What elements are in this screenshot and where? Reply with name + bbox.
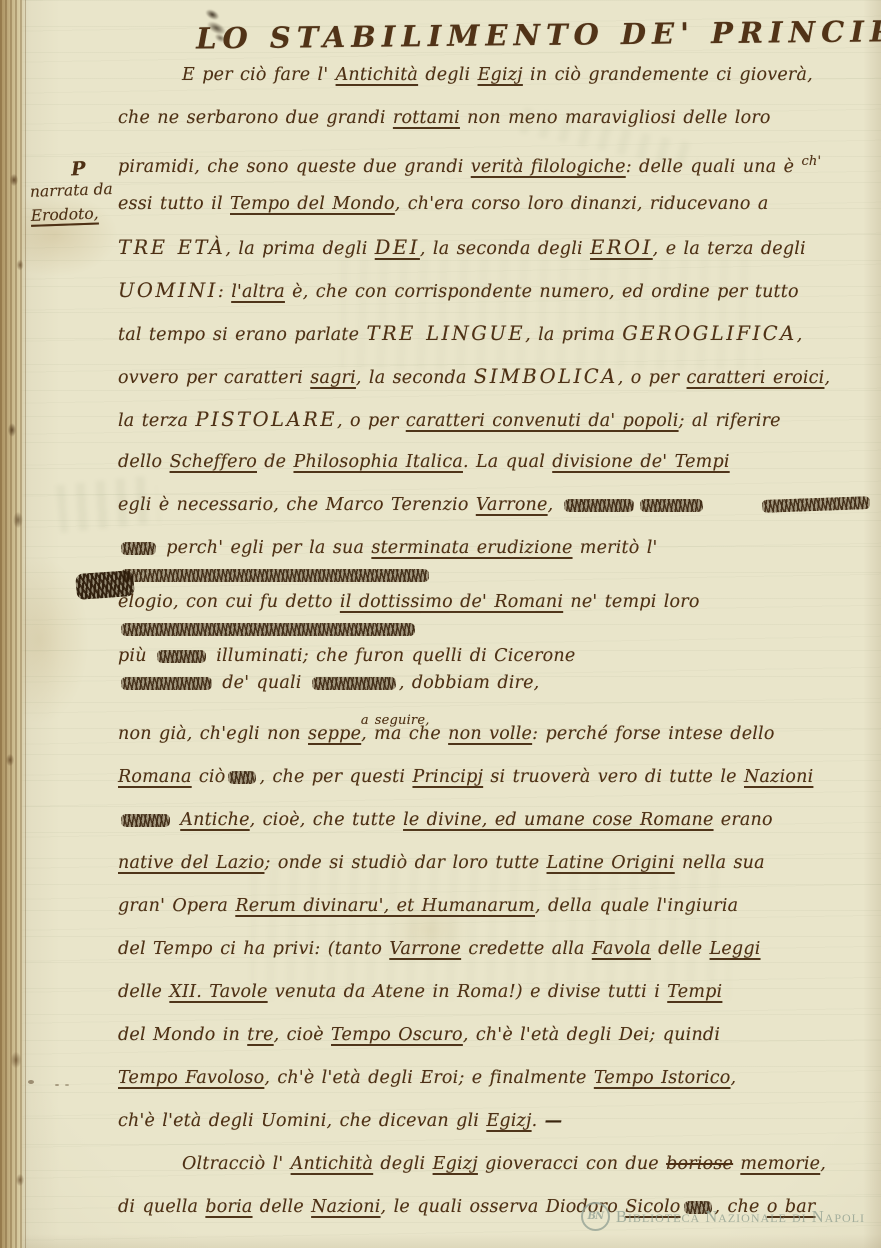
text-segment: nella sua — [675, 853, 765, 873]
text-segment: divisione de' Tempi — [552, 452, 729, 472]
text-segment: , della quale l'ingiuria — [535, 896, 738, 916]
text-segment: seppe — [308, 724, 361, 744]
manuscript-line: Romana ciò, che per questi Principj si t… — [118, 764, 867, 791]
text-segment: rottami — [393, 108, 460, 128]
text-segment: più — [118, 646, 154, 666]
text-segment: Nazioni — [744, 767, 813, 787]
manuscript-line: egli è necessario, che Marco Terenzio Va… — [118, 492, 867, 519]
manuscript-line: che ne serbarono due grandi rottami non … — [118, 105, 867, 132]
manuscript-line: native del Lazio; onde si studiò dar lor… — [118, 850, 867, 877]
manuscript-line — [118, 562, 867, 589]
text-segment: , ch'era corso loro dinanzi, riducevano … — [395, 194, 769, 214]
text-segment: Antichità — [336, 65, 418, 85]
text-segment: non meno maravigliosi delle loro — [460, 108, 771, 128]
text-segment: si truoverà vero di tutte le — [483, 767, 744, 787]
text-segment: , la prima degli — [225, 239, 374, 259]
text-segment: native del Lazio — [118, 853, 264, 873]
scribble-strikeout — [121, 677, 212, 690]
text-segment: : perché forse intese dello — [532, 724, 775, 744]
margin-note-line1: narrata da — [30, 180, 113, 201]
text-segment: meritò l' — [573, 538, 658, 558]
text-segment: , — [548, 495, 561, 515]
text-segment: Tempo Istorico — [594, 1068, 731, 1088]
text-segment: TRE LINGUE — [366, 322, 525, 345]
text-segment: Tempo Oscuro — [331, 1025, 463, 1045]
text-segment: la terza — [118, 411, 195, 431]
text-segment: EROI — [590, 236, 653, 259]
text-segment: , che per questi — [259, 767, 412, 787]
text-segment: Tempo Favoloso — [118, 1068, 264, 1088]
text-segment: è, che con corrispondente numero, ed ord… — [285, 282, 799, 302]
text-segment: del Mondo in — [118, 1025, 247, 1045]
text-segment: verità filologiche — [471, 157, 626, 177]
text-segment: , — [824, 368, 830, 388]
text-segment: non volle — [448, 724, 532, 744]
text-segment: perch' egli per la sua — [159, 538, 371, 558]
text-segment: tre — [247, 1025, 273, 1045]
text-segment: Scheffero — [170, 452, 257, 472]
scribble-strikeout — [228, 771, 256, 784]
manuscript-line: dello Scheffero de Philosophia Italica. … — [118, 449, 867, 476]
text-segment: che ne serbarono due grandi — [118, 108, 393, 128]
manuscript-page: LO STABILIMENTO DE' PRINCIPI. P narrata … — [0, 0, 881, 1248]
margin-note-line2: Erodoto, — [30, 204, 98, 224]
text-segment: : delle quali una è — [626, 157, 802, 177]
text-segment: erano — [714, 810, 773, 830]
manuscript-line: E per ciò fare l' Antichità degli Egizj … — [118, 62, 867, 89]
text-segment: il dottissimo de' Romani — [340, 592, 563, 612]
scribble-strikeout — [564, 499, 634, 512]
library-logo-icon: BN — [581, 1202, 610, 1231]
text-segment: le divine, ed umane cose Romane — [403, 810, 713, 830]
text-segment: , cioè — [274, 1025, 331, 1045]
text-segment: . La qual — [463, 452, 552, 472]
manuscript-line: piramidi, che sono queste due grandi ver… — [118, 148, 867, 175]
text-segment: Egizj — [478, 65, 523, 85]
library-watermark: BN Biblioteca Nazionale di Napoli — [581, 1202, 865, 1231]
text-segment: Favola — [592, 939, 651, 959]
library-watermark-label: Biblioteca Nazionale di Napoli — [616, 1207, 865, 1227]
text-segment: non già, ch'egli non — [118, 724, 308, 744]
text-segment: caratteri convenuti da' popoli — [406, 411, 679, 431]
text-segment: Leggi — [710, 939, 761, 959]
text-segment: elogio, con cui fu detto — [118, 592, 340, 612]
text-segment: , dobbiam dire, — [399, 673, 540, 693]
margin-note-erodoto: P narrata da Erodoto, — [29, 158, 136, 228]
text-segment: Principj — [412, 767, 483, 787]
text-segment: di quella — [118, 1197, 205, 1217]
manuscript-line: TRE ETÀ, la prima degli DEI, la seconda … — [118, 234, 867, 261]
text-segment: tal tempo si erano parlate — [118, 325, 366, 345]
text-segment: del Tempo ci ha privi: (tanto — [118, 939, 389, 959]
manuscript-line: essi tutto il Tempo del Mondo, ch'era co… — [118, 191, 867, 218]
scribble-strikeout — [312, 677, 396, 690]
manuscript-line: del Tempo ci ha privi: (tanto Varrone cr… — [118, 936, 867, 963]
text-segment: , la seconda — [356, 368, 474, 388]
text-segment: delle — [651, 939, 710, 959]
text-segment: caratteri eroici — [687, 368, 825, 388]
text-segment: Latine Origini — [547, 853, 675, 873]
text-segment: memorie — [740, 1154, 820, 1174]
text-segment: E per ciò fare l' — [182, 65, 336, 85]
text-segment: degli — [373, 1154, 432, 1174]
text-segment: sterminata erudizione — [371, 538, 572, 558]
binding-edge — [0, 0, 26, 1248]
text-segment: Nazioni — [311, 1197, 380, 1217]
text-segment: XII. Tavole — [169, 982, 267, 1002]
text-segment: egli è necessario, che Marco Terenzio — [118, 495, 476, 515]
page-title: LO STABILIMENTO DE' PRINCIPI. — [0, 0, 881, 63]
text-segment: ciò — [192, 767, 226, 787]
manuscript-body: E per ciò fare l' Antichità degli Egizj … — [0, 62, 881, 1221]
manuscript-line: UOMINI: l'altra è, che con corrispondent… — [118, 277, 867, 304]
text-segment: . — [532, 1111, 545, 1131]
text-segment: Philosophia Italica — [293, 452, 462, 472]
manuscript-line — [118, 616, 867, 643]
text-segment: Egizj — [433, 1154, 478, 1174]
text-segment: Tempi — [667, 982, 722, 1002]
text-segment: l'altra — [231, 282, 285, 302]
text-segment: illuminati; che furon quelli di Cicerone — [209, 646, 576, 666]
text-segment: Varrone — [476, 495, 548, 515]
text-segment: , o per — [618, 368, 687, 388]
text-segment: Rerum divinaru', et Humanarum — [235, 896, 535, 916]
manuscript-line: ch'è l'età degli Uomini, che dicevan gli… — [118, 1108, 867, 1135]
text-segment: de' quali — [215, 673, 309, 693]
manuscript-line: Antiche, cioè, che tutte le divine, ed u… — [118, 807, 867, 834]
text-segment: dello — [118, 452, 170, 472]
text-segment: boria — [205, 1197, 252, 1217]
manuscript-line: delle XII. Tavole venuta da Atene in Rom… — [118, 979, 867, 1006]
text-segment: , cioè, che tutte — [250, 810, 403, 830]
text-segment: ch' — [801, 154, 821, 169]
text-segment: ; onde si studiò dar loro tutte — [264, 853, 546, 873]
text-segment: ne' tempi loro — [563, 592, 699, 612]
text-segment: credette alla — [461, 939, 592, 959]
text-segment: in ciò grandemente ci gioverà, — [523, 65, 813, 85]
text-segment: , — [820, 1154, 826, 1174]
text-segment: , e la terza degli — [653, 239, 806, 259]
manuscript-line: Oltracciò l' Antichità degli Egizj giove… — [118, 1151, 867, 1178]
text-segment: gioveracci con due — [478, 1154, 666, 1174]
text-segment: , o per — [337, 411, 406, 431]
manuscript-line: Tempo Favoloso, ch'è l'età degli Eroi; e… — [118, 1065, 867, 1092]
text-segment: de — [257, 452, 293, 472]
text-segment: , — [731, 1068, 737, 1088]
text-segment: GEROGLIFICA — [622, 322, 796, 345]
manuscript-line: de' quali , dobbiam dire, — [118, 670, 867, 697]
margin-scribble-strikeout — [75, 570, 135, 600]
text-segment: Egizj — [486, 1111, 531, 1131]
manuscript-line: gran' Opera Rerum divinaru', et Humanaru… — [118, 893, 867, 920]
text-segment: , — [797, 325, 803, 345]
manuscript-line: la terza PISTOLARE, o per caratteri conv… — [118, 406, 867, 433]
text-segment: Tempo del Mondo — [230, 194, 395, 214]
scribble-strikeout — [121, 814, 170, 827]
text-segment: ch'è l'età degli Uomini, che dicevan gli — [118, 1111, 486, 1131]
text-segment: , ch'è l'età degli Dei; quindi — [463, 1025, 720, 1045]
text-segment: TRE ETÀ — [118, 236, 225, 259]
manuscript-line: elogio, con cui fu detto il dottissimo d… — [118, 589, 867, 616]
text-segment: Oltracciò l' — [182, 1154, 291, 1174]
text-segment: DEI — [375, 236, 420, 259]
manuscript-line: perch' egli per la sua sterminata erudiz… — [118, 535, 867, 562]
text-segment: — — [545, 1111, 562, 1131]
text-segment: Antichità — [291, 1154, 373, 1174]
text-segment: ; al riferire — [679, 411, 781, 431]
text-segment: delle — [253, 1197, 312, 1217]
scribble-strikeout — [157, 650, 206, 663]
text-segment: degli — [418, 65, 477, 85]
manuscript-line: ovvero per caratteri sagri, la seconda S… — [118, 363, 867, 390]
text-segment: sagri — [310, 368, 356, 388]
manuscript-line: più illuminati; che furon quelli di Cice… — [118, 643, 867, 670]
manuscript-line: tal tempo si erano parlate TRE LINGUE, l… — [118, 320, 867, 347]
text-segment: delle — [118, 982, 169, 1002]
ink-specks — [28, 1080, 34, 1084]
text-segment: venuta da Atene in Roma!) e divise tutti… — [268, 982, 668, 1002]
scribble-strikeout — [121, 542, 156, 555]
scribble-strikeout — [640, 499, 703, 512]
text-segment: , la seconda degli — [420, 239, 590, 259]
text-segment: SIMBOLICA — [474, 365, 618, 388]
scribble-strikeout — [121, 569, 429, 582]
text-segment: Varrone — [389, 939, 461, 959]
text-segment: PISTOLARE — [195, 408, 337, 431]
paragraph-mark: P — [71, 158, 135, 178]
text-segment: Antiche — [180, 810, 249, 830]
text-segment: , ch'è l'età degli Eroi; e finalmente — [264, 1068, 594, 1088]
text-segment: UOMINI — [118, 279, 218, 302]
text-segment: Romana — [118, 767, 192, 787]
text-segment: boriose — [666, 1154, 733, 1174]
text-segment: : — [218, 282, 231, 302]
text-segment: piramidi, che sono queste due grandi — [118, 157, 471, 177]
text-segment: gran' Opera — [118, 896, 235, 916]
manuscript-line: del Mondo in tre, cioè Tempo Oscuro, ch'… — [118, 1022, 867, 1049]
text-segment: ovvero per caratteri — [118, 368, 310, 388]
manuscript-line: non già, ch'egli non seppe,a seguire, ma… — [118, 721, 867, 748]
text-segment: , la prima — [525, 325, 622, 345]
scribble-strikeout — [121, 623, 415, 636]
